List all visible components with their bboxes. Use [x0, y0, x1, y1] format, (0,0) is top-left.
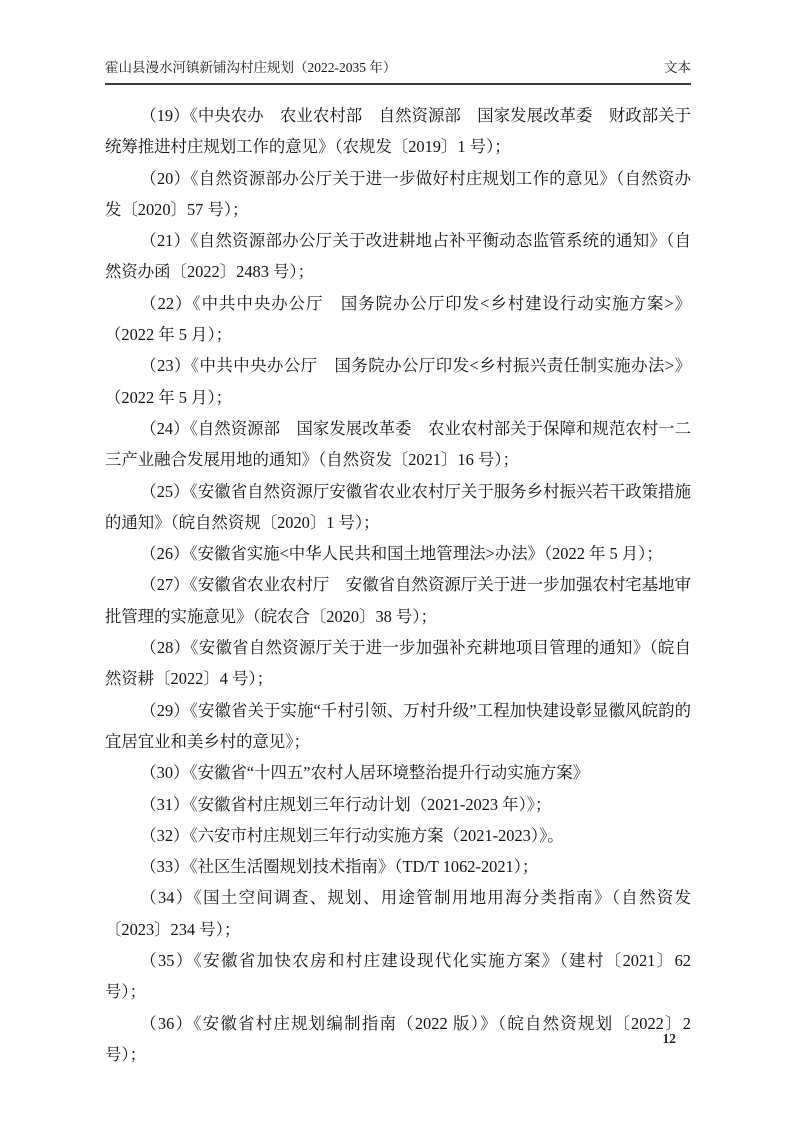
- header-title: 霍山县漫水河镇新铺沟村庄规划（2022-2035 年）: [105, 56, 396, 76]
- paragraph: （27）《安徽省农业农村厅 安徽省自然资源厅关于进一步加强农村宅基地审批管理的实…: [105, 569, 691, 632]
- header-doc-type: 文本: [664, 56, 691, 76]
- paragraph: （21）《自然资源部办公厅关于改进耕地占补平衡动态监管系统的通知》（自然资办函〔…: [105, 225, 691, 288]
- paragraph: （35）《安徽省加快农房和村庄建设现代化实施方案》（建村〔2021〕62 号）；: [105, 945, 691, 1008]
- page-number: 12: [663, 1031, 677, 1047]
- paragraph: （24）《自然资源部 国家发展改革委 农业农村部关于保障和规范农村一二三产业融合…: [105, 413, 691, 476]
- paragraph: （25）《安徽省自然资源厅安徽省农业农村厅关于服务乡村振兴若干政策措施的通知》（…: [105, 476, 691, 539]
- paragraph: （20）《自然资源部办公厅关于进一步做好村庄规划工作的意见》（自然资办发〔202…: [105, 163, 691, 226]
- paragraph: （31）《安徽省村庄规划三年行动计划（2021-2023 年）》；: [105, 789, 691, 820]
- page-header: 霍山县漫水河镇新铺沟村庄规划（2022-2035 年） 文本: [105, 56, 691, 76]
- paragraph: （29）《安徽省关于实施“千村引领、万村升级”工程加快建设彰显徽风皖韵的宜居宜业…: [105, 695, 691, 758]
- document-page: 霍山县漫水河镇新铺沟村庄规划（2022-2035 年） 文本 （19）《中央农办…: [0, 0, 794, 1122]
- header-divider: [105, 83, 691, 85]
- paragraph: （36）《安徽省村庄规划编制指南（2022 版）》（皖自然资规划〔2022〕2 …: [105, 1008, 691, 1071]
- paragraph: （32）《六安市村庄规划三年行动实施方案（2021-2023）》。: [105, 820, 691, 851]
- paragraph: （33）《社区生活圈规划技术指南》（TD/T 1062-2021）；: [105, 851, 691, 882]
- paragraph: （30）《安徽省“十四五”农村人居环境整治提升行动实施方案》: [105, 757, 691, 788]
- paragraph: （26）《安徽省实施<中华人民共和国土地管理法>办法》（2022 年 5 月）；: [105, 538, 691, 569]
- paragraph: （28）《安徽省自然资源厅关于进一步加强补充耕地项目管理的通知》（皖自然资耕〔2…: [105, 632, 691, 695]
- paragraph: （34）《国土空间调查、规划、用途管制用地用海分类指南》（自然资发〔2023〕2…: [105, 882, 691, 945]
- paragraph: （19）《中央农办 农业农村部 自然资源部 国家发展改革委 财政部关于统筹推进村…: [105, 100, 691, 163]
- paragraph: （23）《中共中央办公厅 国务院办公厅印发<乡村振兴责任制实施办法>》（2022…: [105, 350, 691, 413]
- document-body: （19）《中央农办 农业农村部 自然资源部 国家发展改革委 财政部关于统筹推进村…: [105, 100, 691, 1070]
- paragraph: （22）《中共中央办公厅 国务院办公厅印发<乡村建设行动实施方案>》（2022 …: [105, 288, 691, 351]
